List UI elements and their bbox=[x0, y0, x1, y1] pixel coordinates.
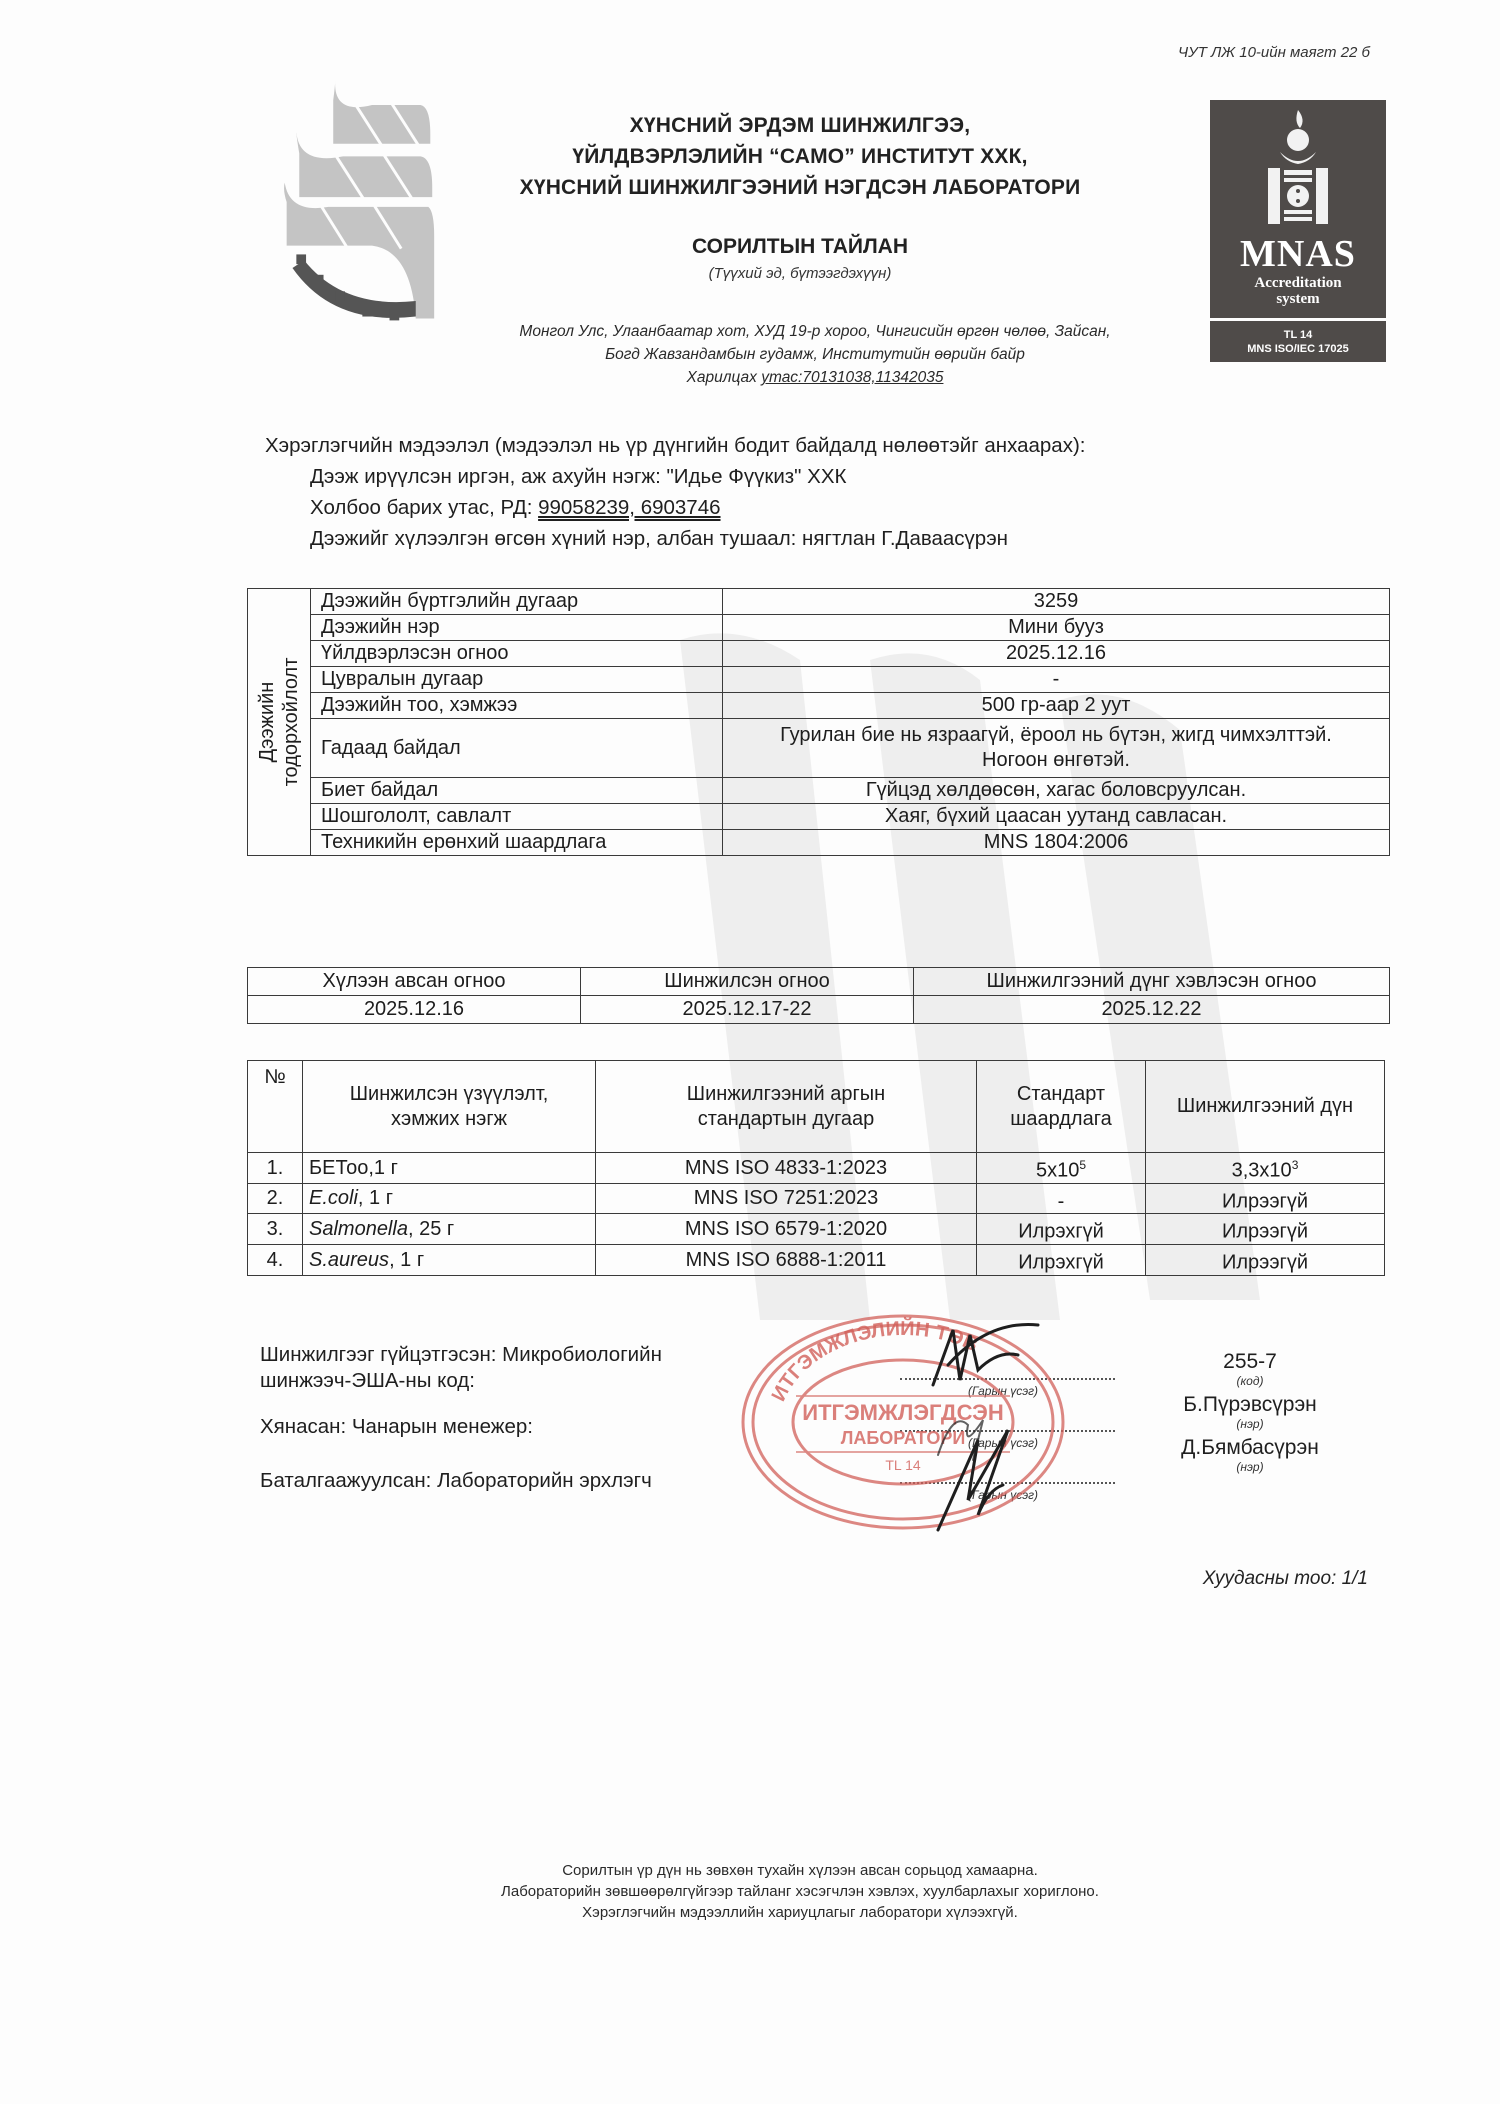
sample-field-label: Дээжийн тоо, хэмжээ bbox=[311, 693, 723, 719]
sample-field-label: Үйлдвэрлэсэн огноо bbox=[311, 641, 723, 667]
sample-field-value: MNS 1804:2006 bbox=[723, 830, 1390, 856]
client-phone-value: 99058239, 6903746 bbox=[538, 496, 720, 519]
sample-row: Шошгололт, савлалтХаяг, бүхий цаасан уут… bbox=[248, 804, 1390, 830]
sample-description-table: ДээжийнтодорхойлолтДээжийн бүртгэлийн ду… bbox=[247, 588, 1390, 856]
client-info: Хэрэглэгчийн мэдээлэл (мэдээлэл нь үр дү… bbox=[265, 430, 1085, 554]
result-method: MNS ISO 6579-1:2020 bbox=[596, 1214, 977, 1245]
name-caption: (нэр) bbox=[1120, 1460, 1380, 1475]
disclaimer-line: Хэрэглэгчийн мэдээллийн хариуцлагыг лабо… bbox=[400, 1902, 1200, 1923]
mnas-tagline: Accreditation system bbox=[1210, 275, 1386, 307]
result-standard: Илрэхгүй bbox=[977, 1214, 1146, 1245]
stamp-code: TL 14 bbox=[885, 1457, 920, 1473]
report-title: СОРИЛТЫН ТАЙЛАН bbox=[440, 235, 1160, 259]
signatory-names: 255-7 (код) Б.Пүрэвсүрэн (нэр) Д.Бямбасү… bbox=[1120, 1350, 1380, 1475]
organization-name-line: ХҮНСНИЙ ЭРДЭМ ШИНЖИЛГЭЭ, bbox=[440, 110, 1160, 141]
mnas-code-block: TL 14 MNS ISO/IEC 17025 bbox=[1210, 318, 1386, 362]
result-value: 3,3x103 bbox=[1146, 1153, 1385, 1184]
address-block: Монгол Улс, Улаанбаатар хот, ХУД 19-р хо… bbox=[430, 320, 1200, 389]
result-no: 1. bbox=[248, 1153, 303, 1184]
sample-field-value: Хаяг, бүхий цаасан уутанд савласан. bbox=[723, 804, 1390, 830]
organization-name-line: ҮЙЛДВЭРЛЭЛИЙН “САМО” ИНСТИТУТ ХХК, bbox=[440, 141, 1160, 172]
sample-description-side-label: Дээжийнтодорхойлолт bbox=[248, 589, 311, 856]
address-line: Монгол Улс, Улаанбаатар хот, ХУД 19-р хо… bbox=[430, 320, 1200, 343]
result-method: MNS ISO 7251:2023 bbox=[596, 1183, 977, 1214]
result-no: 2. bbox=[248, 1183, 303, 1214]
checked-by-label: Хянасан: Чанарын менежер: bbox=[260, 1414, 662, 1440]
result-method: MNS ISO 4833-1:2023 bbox=[596, 1153, 977, 1184]
sample-field-value: Мини бууз bbox=[723, 615, 1390, 641]
sample-row: Техникийн ерөнхий шаардлагаMNS 1804:2006 bbox=[248, 830, 1390, 856]
soyombo-emblem-icon bbox=[1210, 100, 1386, 230]
sample-row: Үйлдвэрлэсэн огноо2025.12.16 bbox=[248, 641, 1390, 667]
mnas-code: TL 14 bbox=[1210, 328, 1386, 342]
result-parameter: Salmonella, 25 г bbox=[303, 1214, 596, 1245]
sample-row: Цувралын дугаар- bbox=[248, 667, 1390, 693]
lab-head-name: Д.Бямбасүрэн bbox=[1120, 1436, 1380, 1460]
sample-field-label: Дээжийн бүртгэлийн дугаар bbox=[311, 589, 723, 615]
result-parameter: E.coli, 1 г bbox=[303, 1183, 596, 1214]
stamp-inner-text-2: ЛАБОРАТОРИ bbox=[841, 1428, 966, 1448]
client-phone-line: Холбоо барих утас, РД: 99058239, 6903746 bbox=[265, 492, 1085, 523]
sample-field-value: 3259 bbox=[723, 589, 1390, 615]
sample-field-label: Техникийн ерөнхий шаардлага bbox=[311, 830, 723, 856]
report-subtitle: (Түүхий эд, бүтээгдэхүүн) bbox=[440, 265, 1160, 282]
form-code: ЧУТ ЛЖ 10-ийн маягт 22 б bbox=[1178, 44, 1370, 61]
mnas-accreditation-badge: MNAS Accreditation system TL 14 MNS ISO/… bbox=[1210, 100, 1386, 362]
side-label-text: Дээжийнтодорхойлолт bbox=[255, 658, 303, 787]
result-no: 3. bbox=[248, 1214, 303, 1245]
code-caption: (код) bbox=[1120, 1374, 1380, 1389]
mnas-tagline-line: Accreditation bbox=[1210, 275, 1386, 291]
sample-row: Гадаад байдалГурилан бие нь язраагүй, ёр… bbox=[248, 719, 1390, 778]
analyst-code: 255-7 bbox=[1120, 1350, 1380, 1374]
disclaimer-line: Лабораторийн зөвшөөрөлгүйгээр тайланг хэ… bbox=[400, 1881, 1200, 1902]
approved-by-label: Баталгаажуулсан: Лабораторийн эрхлэгч bbox=[260, 1468, 662, 1494]
result-value: Илрээгүй bbox=[1146, 1214, 1385, 1245]
client-submitter: Дээж ирүүлсэн иргэн, аж ахуйн нэгж: "Идь… bbox=[265, 461, 1085, 492]
result-row: 1.БЕТоо,1 гMNS ISO 4833-1:20235x1053,3x1… bbox=[248, 1153, 1385, 1184]
col-header-standard: Стандарт шаардлага bbox=[977, 1061, 1146, 1153]
page-count: Хуудасны тоо: 1/1 bbox=[1203, 1568, 1368, 1590]
result-value: Илрээгүй bbox=[1146, 1244, 1385, 1275]
performed-by-label-cont: шинжээч-ЭША-ны код: bbox=[260, 1368, 662, 1394]
col-header-result: Шинжилгээний дүн bbox=[1146, 1061, 1385, 1153]
address-line: Богд Жавзандамбын гудамж, Институтийн өө… bbox=[430, 343, 1200, 366]
mnas-tagline-line: system bbox=[1210, 291, 1386, 307]
result-standard: Илрэхгүй bbox=[977, 1244, 1146, 1275]
sample-field-label: Биет байдал bbox=[311, 778, 723, 804]
result-no: 4. bbox=[248, 1244, 303, 1275]
date-header: Шинжилсэн огноо bbox=[581, 968, 914, 996]
sample-field-label: Гадаад байдал bbox=[311, 719, 723, 778]
manager-name: Б.Пүрэвсүрэн bbox=[1120, 1393, 1380, 1417]
performed-by-label: Шинжилгээг гүйцэтгэсэн: Микробиологийн bbox=[260, 1342, 662, 1368]
sample-row: ДээжийнтодорхойлолтДээжийн бүртгэлийн ду… bbox=[248, 589, 1390, 615]
disclaimer-line: Сорилтын үр дүн нь зөвхөн тухайн хүлээн … bbox=[400, 1860, 1200, 1881]
date-printed: 2025.12.22 bbox=[914, 996, 1390, 1024]
footer-disclaimer: Сорилтын үр дүн нь зөвхөн тухайн хүлээн … bbox=[400, 1860, 1200, 1923]
sample-field-value: 2025.12.16 bbox=[723, 641, 1390, 667]
contact-line: Харилцах утас:70131038,11342035 bbox=[430, 366, 1200, 389]
sample-field-value: 500 гр-аар 2 уут bbox=[723, 693, 1390, 719]
result-row: 2.E.coli, 1 гMNS ISO 7251:2023-Илрээгүй bbox=[248, 1183, 1385, 1214]
sample-row: Дээжийн тоо, хэмжээ500 гр-аар 2 уут bbox=[248, 693, 1390, 719]
result-value: Илрээгүй bbox=[1146, 1183, 1385, 1214]
client-phone-label: Холбоо барих утас, РД: bbox=[310, 496, 538, 519]
col-header-method: Шинжилгээний аргын стандартын дугаар bbox=[596, 1061, 977, 1153]
institute-logo bbox=[275, 72, 440, 332]
signature-scribble-analyst bbox=[933, 1325, 1038, 1386]
mnas-standard: MNS ISO/IEC 17025 bbox=[1210, 342, 1386, 356]
name-caption: (нэр) bbox=[1120, 1417, 1380, 1432]
sample-field-label: Цувралын дугаар bbox=[311, 667, 723, 693]
col-header-parameter: Шинжилсэн үзүүлэлт, хэмжих нэгж bbox=[303, 1061, 596, 1153]
client-receiver: Дээжийг хүлээлгэн өгсөн хүний нэр, албан… bbox=[265, 523, 1085, 554]
date-header: Шинжилгээний дүнг хэвлэсэн огноо bbox=[914, 968, 1390, 996]
dates-header-row: Хүлээн авсан огноо Шинжилсэн огноо Шинжи… bbox=[248, 968, 1390, 996]
col-header-no: № bbox=[248, 1061, 303, 1153]
lab-stamp: ИТГЭМЖЛЭЛИЙН ТӨВ ИТГЭМЖЛЭГДСЭН ЛАБОРАТОР… bbox=[738, 1310, 1068, 1535]
date-analyzed: 2025.12.17-22 bbox=[581, 996, 914, 1024]
result-parameter: S.aureus, 1 г bbox=[303, 1244, 596, 1275]
date-header: Хүлээн авсан огноо bbox=[248, 968, 581, 996]
sample-field-label: Дээжийн нэр bbox=[311, 615, 723, 641]
result-method: MNS ISO 6888-1:2011 bbox=[596, 1244, 977, 1275]
date-received: 2025.12.16 bbox=[248, 996, 581, 1024]
results-table: № Шинжилсэн үзүүлэлт, хэмжих нэгж Шинжил… bbox=[247, 1060, 1385, 1276]
dates-table: Хүлээн авсан огноо Шинжилсэн огноо Шинжи… bbox=[247, 967, 1390, 1024]
sample-row: Дээжийн нэрМини бууз bbox=[248, 615, 1390, 641]
client-info-heading: Хэрэглэгчийн мэдээлэл (мэдээлэл нь үр дү… bbox=[265, 430, 1085, 461]
organization-name-line: ХҮНСНИЙ ШИНЖИЛГЭЭНИЙ НЭГДСЭН ЛАБОРАТОРИ bbox=[440, 172, 1160, 203]
result-row: 3.Salmonella, 25 гMNS ISO 6579-1:2020Илр… bbox=[248, 1214, 1385, 1245]
result-standard: - bbox=[977, 1183, 1146, 1214]
result-standard: 5x105 bbox=[977, 1153, 1146, 1184]
sample-field-value: Гурилан бие нь язраагүй, ёроол нь бүтэн,… bbox=[723, 719, 1390, 778]
mnas-name: MNAS bbox=[1210, 232, 1386, 276]
sample-field-value: Гүйцэд хөлдөөсөн, хагас боловсруулсан. bbox=[723, 778, 1390, 804]
sample-row: Биет байдалГүйцэд хөлдөөсөн, хагас болов… bbox=[248, 778, 1390, 804]
sample-field-label: Шошгололт, савлалт bbox=[311, 804, 723, 830]
contact-label: Харилцах bbox=[687, 369, 762, 386]
result-parameter: БЕТоо,1 г bbox=[303, 1153, 596, 1184]
sample-field-value: - bbox=[723, 667, 1390, 693]
report-header: ХҮНСНИЙ ЭРДЭМ ШИНЖИЛГЭЭ, ҮЙЛДВЭРЛЭЛИЙН “… bbox=[440, 110, 1160, 282]
contact-phone: утас:70131038,11342035 bbox=[761, 369, 943, 386]
result-row: 4.S.aureus, 1 гMNS ISO 6888-1:2011Илрэхг… bbox=[248, 1244, 1385, 1275]
results-header-row: № Шинжилсэн үзүүлэлт, хэмжих нэгж Шинжил… bbox=[248, 1061, 1385, 1153]
signature-labels: Шинжилгээг гүйцэтгэсэн: Микробиологийн ш… bbox=[260, 1342, 662, 1494]
stamp-inner-text-1: ИТГЭМЖЛЭГДСЭН bbox=[802, 1400, 1003, 1425]
dates-value-row: 2025.12.16 2025.12.17-22 2025.12.22 bbox=[248, 996, 1390, 1024]
